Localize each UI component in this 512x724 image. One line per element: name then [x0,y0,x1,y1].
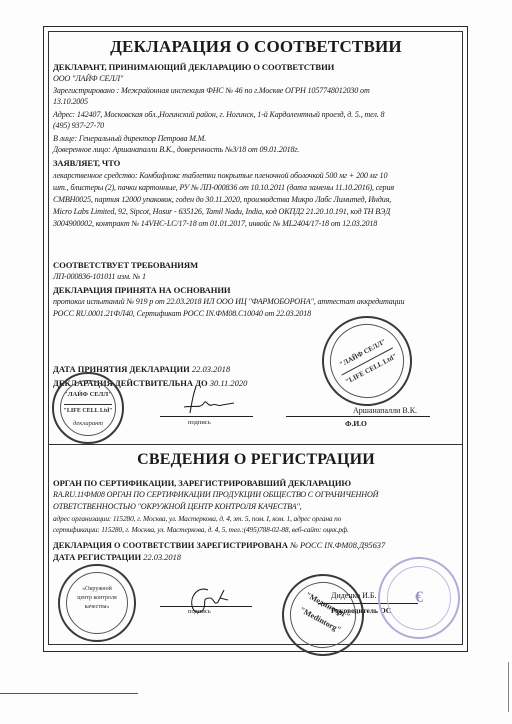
certification-body-line-1: RA.RU.11ФМ08 ОРГАН ПО СЕРТИФИКАЦИИ ПРОДУ… [53,490,378,499]
basis-line-2: РОСС RU.0001.21ФЛ40, Сертификат РОСС IN.… [53,309,311,318]
section-divider [48,444,463,445]
registrar-name: Диденко И.Б. [331,591,377,600]
registration-title: СВЕДЕНИЯ О РЕГИСТРАЦИИ [0,451,512,469]
product-line-3: CMBH0025, партия 12000 упаковок, годен д… [53,195,391,204]
scan-artifact-edge [508,662,509,712]
registered-number: № РОСС IN.ФМ08.Д95637 [290,541,385,550]
declarant-name: Аршанапалли В.К. [353,406,417,415]
certification-body-header: ОРГАН ПО СЕРТИФИКАЦИИ, ЗАРЕГИСТРИРОВАВШИ… [53,478,351,488]
name-line [286,416,430,417]
certification-body-line-3: адрес организации: 115280, г. Москва, ул… [53,514,341,523]
scan-artifact-line [0,693,138,694]
registered-line-2: 13.10.2005 [53,97,88,106]
declarant-stamp-left: "ЛАЙФ СЕЛЛ" "LIFE CELL Ltd" декларант [52,372,124,444]
accepted-date-value: 22.03.2018 [192,364,230,374]
declarant-company: ООО "ЛАЙФ СЕЛЛ" [53,74,123,83]
product-line-5: 3004900002, контракт № 14VHC-LC/17-18 от… [53,219,377,228]
declaration-page: ДЕКЛАРАЦИЯ О СООТВЕТСТВИИ ДЕКЛАРАНТ, ПРИ… [0,0,512,724]
registration-date-value: 22.03.2018 [143,553,181,562]
certification-body-line-2: ОТВЕТСТВЕННОСТЬЮ "ОКРУЖНОЙ ЦЕНТР КОНТРОЛ… [53,502,302,511]
represented-by: В лице: Генеральный директор Петрова М.М… [53,134,206,143]
product-line-4: Micro Labs Limited, 92, Sipcot, Hosur - … [53,207,390,216]
proxy: Доверенное лицо: Аршанапалли В.К., довер… [53,145,299,154]
registration-date-row: ДАТА РЕГИСТРАЦИИ 22.03.2018 [53,553,181,562]
registrar-signature-line [160,606,252,607]
registration-date-label: ДАТА РЕГИСТРАЦИИ [53,553,141,562]
declarant-header: ДЕКЛАРАНТ, ПРИНИМАЮЩИЙ ДЕКЛАРАЦИЮ О СООТ… [53,62,334,72]
certification-body-line-4: сертификации: 115280, г. Москва, ул. Мас… [53,525,349,534]
conforms-value: ЛП-000836-101011 изм. № 1 [53,272,146,281]
conforms-header: СООТВЕТСТВУЕТ ТРЕБОВАНИЯМ [53,260,198,270]
product-line-1: лекарственное средство: Комбифлокс табле… [53,171,387,180]
declares-header: ЗАЯВЛЯЕТ, ЧТО [53,158,120,168]
registrar-signature-caption: подпись [188,608,211,615]
basis-header: ДЕКЛАРАЦИЯ ПРИНЯТА НА ОСНОВАНИИ [53,285,231,295]
address-line-2: (495) 937-27-70 [53,121,104,130]
product-line-2: шт., блистеры (2), пачки картонные, РУ №… [53,183,394,192]
certification-body-stamp: «Окружной центр контроля качества» [58,564,136,642]
registered-line-1: Зарегистрировано : Межрайонная инспекция… [53,86,370,95]
violet-stamp: € [378,557,460,639]
signature-line [160,416,253,417]
registered-label: ДЕКЛАРАЦИЯ О СООТВЕТСТВИИ ЗАРЕГИСТРИРОВА… [53,541,288,550]
registered-row: ДЕКЛАРАЦИЯ О СООТВЕТСТВИИ ЗАРЕГИСТРИРОВА… [53,541,385,550]
name-caption: Ф.И.О [345,419,367,428]
accepted-date-label: ДАТА ПРИНЯТИЯ ДЕКЛАРАЦИИ [53,364,190,374]
declarant-signature [178,383,238,419]
address-line-1: Адрес: 142407, Московская обл.,Ногинский… [53,110,384,119]
document-title: ДЕКЛАРАЦИЯ О СООТВЕТСТВИИ [0,37,512,57]
basis-line-1: протокол испытаний № 919 р от 22.03.2018… [53,297,404,306]
signature-caption: подпись [188,419,211,426]
